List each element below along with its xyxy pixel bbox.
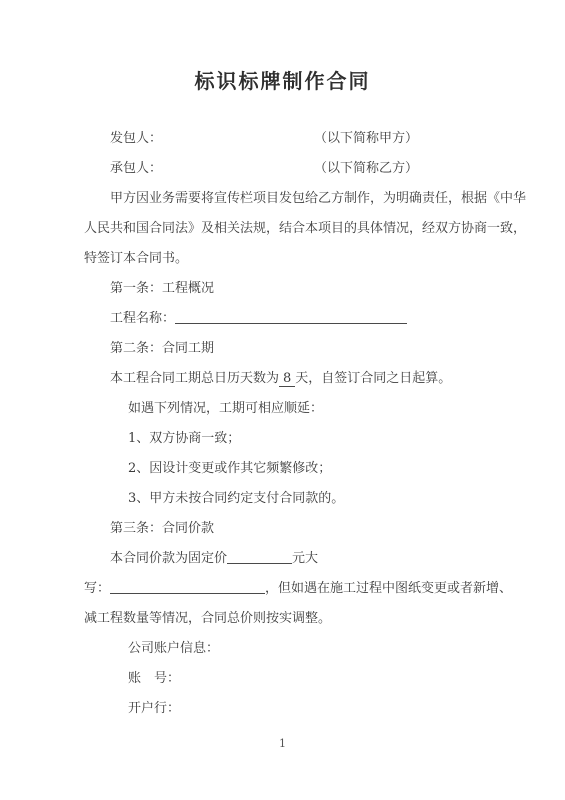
text-segment: 减工程数量等情况，合同总价则按实调整。 [84,611,331,626]
account-info-heading: 公司账户信息： [84,634,524,664]
text-segment: 公司账户信息： [128,641,219,656]
text-segment: 开户行： [128,701,180,716]
blank-fill-line [110,579,265,594]
account-number-line: 账 号： [84,664,524,694]
text-segment: 账 号： [128,671,180,686]
text-segment: 人民共和国合同法》及相关法规，结合本项目的具体情况，经双方协商一致， [84,221,526,236]
text-segment: 2、因设计变更或作其它频繁修改； [128,461,331,476]
text-segment: 元大 [292,551,318,566]
text-segment: （以下简称甲方） [314,131,418,146]
preamble-line-1: 甲方因业务需要将宣传栏项目发包给乙方制作，为明确责任，根据《中华 [84,184,524,214]
party-b-line: 承包人：（以下简称乙方） [84,154,524,184]
text-segment: 写： [84,581,110,596]
text-segment: 甲方因业务需要将宣传栏项目发包给乙方制作，为明确责任，根据《中华 [110,191,526,206]
price-line-1: 本合同价款为固定价元大 [84,544,524,574]
underlined-text: 8 [279,371,295,387]
bank-line: 开户行： [84,694,524,724]
text-segment: 发包人： [110,131,162,146]
blank-fill-line [175,309,407,324]
text-segment: 特签订本合同书。 [84,251,188,266]
preamble-line-2: 人民共和国合同法》及相关法规，结合本项目的具体情况，经双方协商一致， [84,214,524,244]
text-segment: 3、甲方未按合同约定支付合同款的。 [128,491,344,506]
spacer [162,171,314,172]
spacer [162,141,314,142]
text-segment: 第二条：合同工期 [110,341,214,356]
text-segment: （以下简称乙方） [314,161,418,176]
text-segment: 第一条：工程概况 [110,281,214,296]
clause-3-heading: 第三条：合同价款 [84,514,524,544]
document-body: 发包人：（以下简称甲方）承包人：（以下简称乙方）甲方因业务需要将宣传栏项目发包给… [84,124,524,724]
blank-fill-line [227,549,292,564]
project-name-line: 工程名称： [84,304,524,334]
text-segment: 如遇下列情况，工期可相应顺延： [128,401,323,416]
text-segment: 工程名称： [110,311,175,326]
duration-line: 本工程合同工期总日历天数为8天，自签订合同之日起算。 [84,364,524,394]
text-segment: 第三条：合同价款 [110,521,214,536]
preamble-line-3: 特签订本合同书。 [84,244,524,274]
text-segment: 1、双方协商一致； [128,431,240,446]
clause-2-heading: 第二条：合同工期 [84,334,524,364]
text-segment: 承包人： [110,161,162,176]
contract-page: 标识标牌制作合同 发包人：（以下简称甲方）承包人：（以下简称乙方）甲方因业务需要… [0,0,565,800]
party-a-line: 发包人：（以下简称甲方） [84,124,524,154]
extension-item-2: 2、因设计变更或作其它频繁修改； [84,454,524,484]
extension-item-3: 3、甲方未按合同约定支付合同款的。 [84,484,524,514]
document-title: 标识标牌制作合同 [0,66,565,96]
price-line-3: 减工程数量等情况，合同总价则按实调整。 [84,604,524,634]
text-segment: 本合同价款为固定价 [110,551,227,566]
price-line-2: 写：，但如遇在施工过程中图纸变更或者新增、 [84,574,524,604]
page-number: 1 [0,736,565,752]
extension-intro-line: 如遇下列情况，工期可相应顺延： [84,394,524,424]
text-segment: ，但如遇在施工过程中图纸变更或者新增、 [265,581,512,596]
clause-1-heading: 第一条：工程概况 [84,274,524,304]
extension-item-1: 1、双方协商一致； [84,424,524,454]
text-segment: 本工程合同工期总日历天数为 [110,371,279,386]
text-segment: 天，自签订合同之日起算。 [295,371,451,386]
